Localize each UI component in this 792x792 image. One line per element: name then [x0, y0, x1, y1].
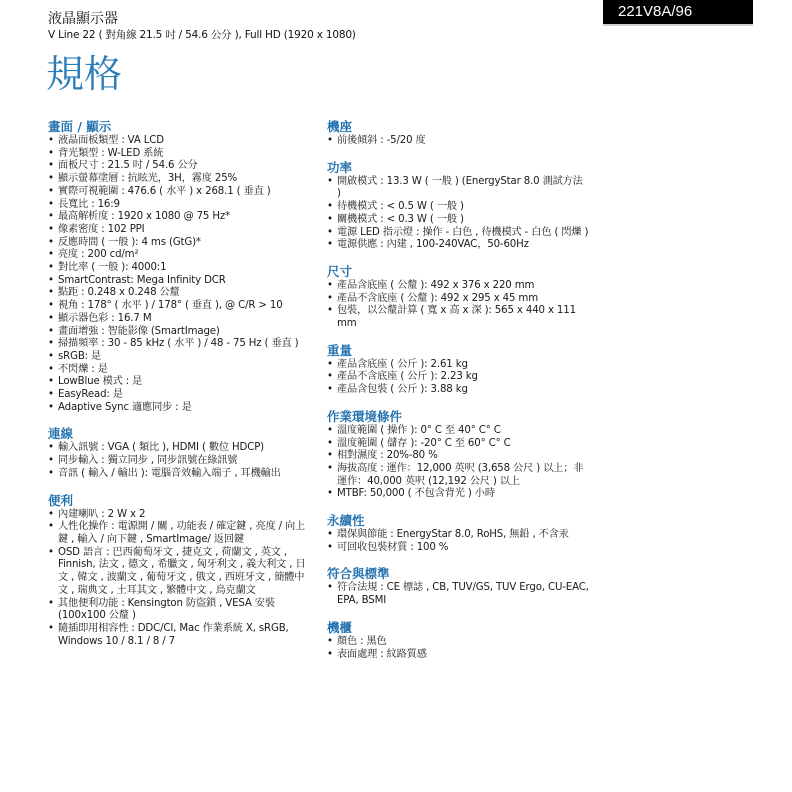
- spec-item: 輸入訊號 : VGA ( 類比 ), HDMI ( 數位 HDCP): [48, 442, 310, 455]
- page-heading: 規格: [46, 52, 122, 96]
- product-subtitle: V Line 22 ( 對角線 21.5 吋 / 54.6 公分 ), Full…: [48, 29, 356, 42]
- section-title: 便利: [48, 493, 310, 508]
- spec-section: 尺寸產品含底座 ( 公釐 ): 492 x 376 x 220 mm產品不含底座…: [327, 264, 589, 331]
- spec-item: 溫度範圍 ( 操作 ): 0° C 至 40° C° C: [327, 425, 589, 438]
- section-title: 尺寸: [327, 264, 589, 279]
- spec-item: 音訊 ( 輸入 / 輸出 ): 電腦音效輸入端子 , 耳機輸出: [48, 468, 310, 481]
- spec-item: 像素密度 : 102 PPI: [48, 224, 310, 237]
- spec-section: 符合與標準符合法規 : CE 標誌 , CB, TUV/GS, TUV Ergo…: [327, 566, 589, 607]
- spec-list: 產品含底座 ( 公斤 ): 2.61 kg產品不含底座 ( 公斤 ): 2.23…: [327, 359, 589, 397]
- spec-list: 溫度範圍 ( 操作 ): 0° C 至 40° C° C溫度範圍 ( 儲存 ):…: [327, 425, 589, 501]
- spec-item: EasyRead: 是: [48, 389, 310, 402]
- spec-section: 作業環境條件溫度範圍 ( 操作 ): 0° C 至 40° C° C溫度範圍 (…: [327, 409, 589, 501]
- model-badge-underline: [603, 24, 753, 26]
- spec-item: 液晶面板類型 : VA LCD: [48, 135, 310, 148]
- section-title: 符合與標準: [327, 566, 589, 581]
- spec-section: 功率開啟模式 : 13.3 W ( 一般 ) (EnergyStar 8.0 測…: [327, 160, 589, 252]
- spec-item: 顯示器色彩 : 16.7 M: [48, 313, 310, 326]
- spec-item: 可回收包裝材質 : 100 %: [327, 542, 589, 555]
- spec-item: 待機模式 : < 0.5 W ( 一般 ): [327, 201, 589, 214]
- section-title: 永續性: [327, 513, 589, 528]
- model-number-badge: 221V8A/96: [603, 0, 753, 24]
- spec-item: 不閃爍 : 是: [48, 364, 310, 377]
- spec-item: 同步輸入 : 獨立同步 , 同步訊號在綠訊號: [48, 455, 310, 468]
- spec-item: 掃描頻率 : 30 - 85 kHz ( 水平 ) / 48 - 75 Hz (…: [48, 338, 310, 351]
- section-title: 機座: [327, 119, 589, 134]
- spec-column-right: 機座前後傾斜 : -5/20 度功率開啟模式 : 13.3 W ( 一般 ) (…: [327, 119, 589, 673]
- spec-item: 產品不含底座 ( 公釐 ): 492 x 295 x 45 mm: [327, 293, 589, 306]
- spec-item: 包裝，以公釐計算 ( 寬 x 高 x 深 ): 565 x 440 x 111 …: [327, 305, 589, 330]
- spec-item: 符合法規 : CE 標誌 , CB, TUV/GS, TUV Ergo, CU-…: [327, 582, 589, 607]
- spec-item: 前後傾斜 : -5/20 度: [327, 135, 589, 148]
- spec-column-left: 畫面 / 顯示液晶面板類型 : VA LCD背光類型 : W-LED 系統面板尺…: [48, 119, 310, 660]
- spec-section: 畫面 / 顯示液晶面板類型 : VA LCD背光類型 : W-LED 系統面板尺…: [48, 119, 310, 414]
- spec-item: 最高解析度 : 1920 x 1080 @ 75 Hz*: [48, 211, 310, 224]
- spec-list: 顏色 : 黑色表面處理 : 紋路質感: [327, 636, 589, 661]
- spec-item: 其他便利功能 : Kensington 防盜鎖 , VESA 安裝 (100x1…: [48, 598, 310, 623]
- spec-item: MTBF: 50,000 ( 不包含背光 ) 小時: [327, 488, 589, 501]
- spec-item: 產品含包裝 ( 公斤 ): 3.88 kg: [327, 384, 589, 397]
- spec-list: 開啟模式 : 13.3 W ( 一般 ) (EnergyStar 8.0 測試方…: [327, 176, 589, 252]
- product-title: 液晶顯示器: [48, 11, 118, 27]
- section-title: 畫面 / 顯示: [48, 119, 310, 134]
- spec-item: 表面處理 : 紋路質感: [327, 649, 589, 662]
- spec-item: 畫面增強 : 智能影像 (SmartImage): [48, 326, 310, 339]
- spec-item: 相對濕度 : 20%-80 %: [327, 450, 589, 463]
- spec-item: 視角 : 178° ( 水平 ) / 178° ( 垂直 ), @ C/R > …: [48, 300, 310, 313]
- spec-item: 隨插即用相容性 : DDC/CI, Mac 作業系統 X, sRGB, Wind…: [48, 623, 310, 648]
- spec-item: 背光類型 : W-LED 系統: [48, 148, 310, 161]
- spec-list: 符合法規 : CE 標誌 , CB, TUV/GS, TUV Ergo, CU-…: [327, 582, 589, 607]
- spec-item: 面板尺寸 : 21.5 吋 / 54.6 公分: [48, 160, 310, 173]
- spec-item: sRGB: 是: [48, 351, 310, 364]
- spec-item: 點距 : 0.248 x 0.248 公釐: [48, 287, 310, 300]
- spec-list: 產品含底座 ( 公釐 ): 492 x 376 x 220 mm產品不含底座 (…: [327, 280, 589, 331]
- section-title: 連線: [48, 426, 310, 441]
- spec-section: 機櫃顏色 : 黑色表面處理 : 紋路質感: [327, 620, 589, 661]
- spec-list: 環保與節能 : EnergyStar 8.0, RoHS, 無鉛 , 不含汞可回…: [327, 529, 589, 554]
- spec-item: 電源 LED 指示燈 : 操作 - 白色 , 待機模式 - 白色 ( 閃爍 ): [327, 227, 589, 240]
- section-title: 作業環境條件: [327, 409, 589, 424]
- spec-section: 便利內建喇叭 : 2 W x 2人性化操作 : 電源開 / 關 , 功能表 / …: [48, 493, 310, 649]
- spec-list: 內建喇叭 : 2 W x 2人性化操作 : 電源開 / 關 , 功能表 / 確定…: [48, 509, 310, 649]
- spec-item: 溫度範圍 ( 儲存 ): -20° C 至 60° C° C: [327, 438, 589, 451]
- spec-item: 海拔高度 : 運作：12,000 英呎 (3,658 公尺 ) 以上；非運作：4…: [327, 463, 589, 488]
- spec-item: 人性化操作 : 電源開 / 關 , 功能表 / 確定鍵 , 亮度 / 向上鍵 ,…: [48, 521, 310, 546]
- spec-item: 關機模式 : < 0.3 W ( 一般 ): [327, 214, 589, 227]
- section-title: 重量: [327, 343, 589, 358]
- spec-section: 永續性環保與節能 : EnergyStar 8.0, RoHS, 無鉛 , 不含…: [327, 513, 589, 554]
- spec-item: 環保與節能 : EnergyStar 8.0, RoHS, 無鉛 , 不含汞: [327, 529, 589, 542]
- spec-item: 顏色 : 黑色: [327, 636, 589, 649]
- spec-item: 產品含底座 ( 公釐 ): 492 x 376 x 220 mm: [327, 280, 589, 293]
- spec-item: SmartContrast: Mega Infinity DCR: [48, 275, 310, 288]
- spec-item: 長寬比 : 16:9: [48, 199, 310, 212]
- spec-item: Adaptive Sync 適應同步 : 是: [48, 402, 310, 415]
- spec-item: 產品不含底座 ( 公斤 ): 2.23 kg: [327, 371, 589, 384]
- spec-item: 顯示螢幕塗層 : 抗眩光，3H，霧度 25%: [48, 173, 310, 186]
- section-title: 功率: [327, 160, 589, 175]
- spec-list: 輸入訊號 : VGA ( 類比 ), HDMI ( 數位 HDCP)同步輸入 :…: [48, 442, 310, 480]
- spec-item: 亮度 : 200 cd/m²: [48, 249, 310, 262]
- spec-item: 對比率 ( 一般 ): 4000:1: [48, 262, 310, 275]
- spec-item: 產品含底座 ( 公斤 ): 2.61 kg: [327, 359, 589, 372]
- spec-item: OSD 語言 : 巴西葡萄牙文 , 捷克文 , 荷蘭文 , 英文 , Finni…: [48, 547, 310, 598]
- spec-section: 重量產品含底座 ( 公斤 ): 2.61 kg產品不含底座 ( 公斤 ): 2.…: [327, 343, 589, 397]
- spec-item: LowBlue 模式 : 是: [48, 376, 310, 389]
- spec-item: 實際可視範圍 : 476.6 ( 水平 ) x 268.1 ( 垂直 ): [48, 186, 310, 199]
- spec-list: 前後傾斜 : -5/20 度: [327, 135, 589, 148]
- spec-section: 連線輸入訊號 : VGA ( 類比 ), HDMI ( 數位 HDCP)同步輸入…: [48, 426, 310, 480]
- spec-item: 反應時間 ( 一般 ): 4 ms (GtG)*: [48, 237, 310, 250]
- section-title: 機櫃: [327, 620, 589, 635]
- spec-section: 機座前後傾斜 : -5/20 度: [327, 119, 589, 148]
- spec-list: 液晶面板類型 : VA LCD背光類型 : W-LED 系統面板尺寸 : 21.…: [48, 135, 310, 414]
- spec-item: 開啟模式 : 13.3 W ( 一般 ) (EnergyStar 8.0 測試方…: [327, 176, 589, 201]
- spec-item: 內建喇叭 : 2 W x 2: [48, 509, 310, 522]
- spec-item: 電源供應 : 內建 , 100-240VAC，50-60Hz: [327, 239, 589, 252]
